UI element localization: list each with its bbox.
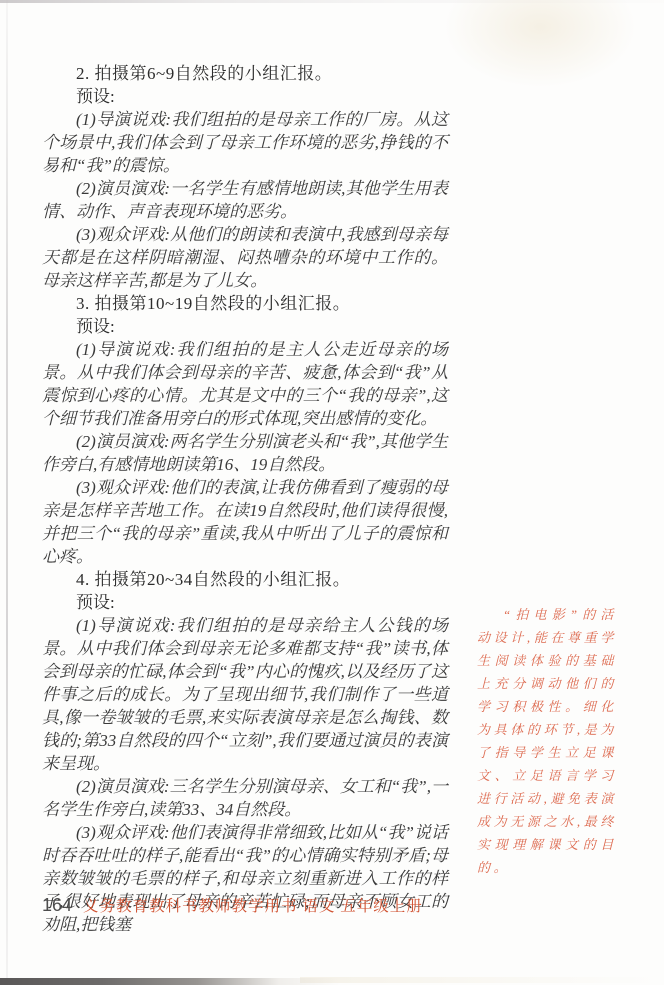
scan-bottom-shadow <box>0 978 340 985</box>
book-page: { "document": { "sections": [ { "heading… <box>0 0 664 985</box>
section-report-4: 4. 拍摄第20~34自然段的小组汇报。 预设: (1)导演说戏:我们组拍的是母… <box>42 568 448 936</box>
preset-paragraph: (1)导演说戏:我们组拍的是母亲给主人公钱的场景。从中我们体会到母亲无论多难都支… <box>42 614 448 775</box>
preset-paragraph: (3)观众评戏:他们表演得非常细致,比如从“我”说话时吞吞吐吐的样子,能看出“我… <box>42 821 448 936</box>
preset-paragraph: (2)演员演戏:两名学生分别演老头和“我”,其他学生作旁白,有感情地朗读第16、… <box>42 430 448 476</box>
scan-stain <box>440 0 640 90</box>
scan-left-edge-line <box>6 0 8 985</box>
section-heading: 4. 拍摄第20~34自然段的小组汇报。 <box>42 568 448 591</box>
section-report-2: 2. 拍摄第6~9自然段的小组汇报。 预设: (1)导演说戏:我们组拍的是母亲工… <box>42 62 448 292</box>
page-footer: 164 义务教育教科书教师教学用书 语文 五年级上册 <box>42 894 423 916</box>
preset-paragraph: (1)导演说戏:我们组拍的是主人公走近母亲的场景。从中我们体会到母亲的辛苦、疲惫… <box>42 338 448 430</box>
preset-label: 预设: <box>42 315 448 338</box>
preset-paragraph: (2)演员演戏:三名学生分别演母亲、女工和“我”,一名学生作旁白,读第33、34… <box>42 775 448 821</box>
section-report-3: 3. 拍摄第10~19自然段的小组汇报。 预设: (1)导演说戏:我们组拍的是主… <box>42 292 448 568</box>
preset-label: 预设: <box>42 85 448 108</box>
preset-paragraph: (3)观众评戏:从他们的朗读和表演中,我感到母亲每天都是在这样阴暗潮湿、闷热嘈杂… <box>42 223 448 292</box>
margin-note: “拍电影”的活动设计,能在尊重学生阅读体验的基础上充分调动他们的学习积极性。细化… <box>477 603 617 879</box>
section-heading: 2. 拍摄第6~9自然段的小组汇报。 <box>42 62 448 85</box>
book-title: 义务教育教科书教师教学用书 语文 五年级上册 <box>83 894 423 916</box>
preset-paragraph: (3)观众评戏:他们的表演,让我仿佛看到了瘦弱的母亲是怎样辛苦地工作。在读19自… <box>42 476 448 568</box>
scan-top-edge <box>0 0 664 3</box>
page-number: 164 <box>42 895 72 916</box>
preset-paragraph: (1)导演说戏:我们组拍的是母亲工作的厂房。从这个场景中,我们体会到了母亲工作环… <box>42 108 448 177</box>
scan-bottom-smear <box>300 977 660 983</box>
section-heading: 3. 拍摄第10~19自然段的小组汇报。 <box>42 292 448 315</box>
main-text-column: 2. 拍摄第6~9自然段的小组汇报。 预设: (1)导演说戏:我们组拍的是母亲工… <box>42 62 448 936</box>
preset-label: 预设: <box>42 591 448 614</box>
preset-paragraph: (2)演员演戏:一名学生有感情地朗读,其他学生用表情、动作、声音表现环境的恶劣。 <box>42 177 448 223</box>
